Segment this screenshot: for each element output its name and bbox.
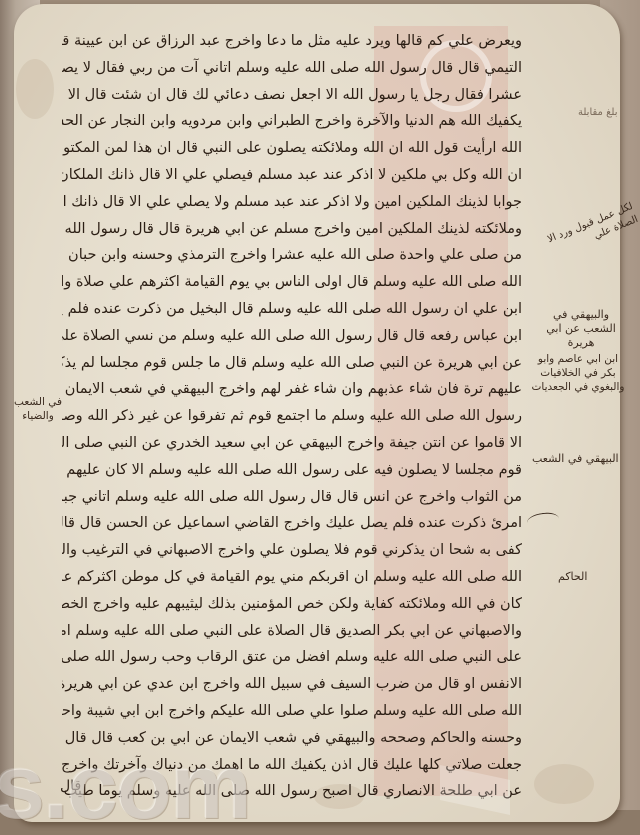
- text-line: من الثواب واخرج عن انس قال قال رسول الله…: [62, 484, 522, 511]
- margin-note-ibn-abi-asim: ابن ابي عاصم وابو بكر في الخلافيات والبغ…: [530, 352, 626, 394]
- text-line: على النبي صلى الله عليه وسلم افضل من عتق…: [62, 644, 522, 671]
- text-line: عن ابي هريرة عن النبي صلى الله عليه وسلم…: [62, 350, 522, 377]
- text-line: الا قاموا عن انتن جيفة واخرج البيهقي عن …: [62, 430, 522, 457]
- text-line: الله صلى الله عليه وسلم صلوا علي صلى الل…: [62, 698, 522, 725]
- text-line: الله ارأيت قول الله ان الله وملائكته يصل…: [62, 135, 522, 162]
- watermark-text: s.com: [0, 735, 250, 835]
- margin-note-bayhaqi: البيهقي في الشعب: [532, 452, 619, 466]
- margin-note-hakim: الحاكم: [558, 570, 587, 584]
- text-line: قوم مجلسا لا يصلون فيه على رسول الله صلى…: [62, 457, 522, 484]
- text-line: ان الله وكل بي ملكين لا اذكر عند عبد مسل…: [62, 162, 522, 189]
- text-line: امرئ ذكرت عنده فلم يصل عليك واخرج القاضي…: [62, 510, 522, 537]
- text-line: وملائكته لذينك الملكين امين واخرج مسلم ع…: [62, 216, 522, 243]
- text-line: ابن عباس رفعه قال قال رسول الله صلى الله…: [62, 323, 522, 350]
- text-line: كفى به شحا ان يذكرني قوم فلا يصلون علي و…: [62, 537, 522, 564]
- text-line: الانفس او قال من ضرب السيف في سبيل الله …: [62, 671, 522, 698]
- text-line: عشرا فقال رجل يا رسول الله الا اجعل نصف …: [62, 82, 522, 109]
- margin-note-top: بلغ مقابلة: [578, 106, 618, 120]
- text-line: كان في الله وملائكته كفاية ولكن خص المؤم…: [62, 591, 522, 618]
- margin-note-shuab: والبيهقي في الشعب عن ابي هريرة: [540, 308, 622, 350]
- text-line: يكفيك الله هم الدنيا والآخرة واخرج الطبر…: [62, 108, 522, 135]
- text-line: من صلى علي واحدة صلى الله عليه عشرا واخر…: [62, 242, 522, 269]
- text-line: الله صلى الله عليه وسلم قال اولى الناس ب…: [62, 269, 522, 296]
- text-line: جوابا لذينك الملكين امين ولا اذكر عند عب…: [62, 189, 522, 216]
- main-text-block: ويعرض علي كم قالها ويرد عليه مثل ما دعا …: [62, 28, 522, 805]
- text-line: ويعرض علي كم قالها ويرد عليه مثل ما دعا …: [62, 28, 522, 55]
- text-line: التيمي قال قال رسول الله صلى الله عليه و…: [62, 55, 522, 82]
- water-stain: [16, 59, 54, 119]
- text-line: الله صلى الله عليه وسلم ان اقربكم مني يو…: [62, 564, 522, 591]
- margin-note-left: في الشعب والضياء: [14, 395, 62, 423]
- text-line: عليهم ترة فان شاء عذبهم وان شاء غفر لهم …: [62, 376, 522, 403]
- text-line: والاصبهاني عن ابي بكر الصديق قال الصلاة …: [62, 618, 522, 645]
- text-line: رسول الله صلى الله عليه وسلم ما اجتمع قو…: [62, 403, 522, 430]
- text-line: ابن علي ان رسول الله صلى الله عليه وسلم …: [62, 296, 522, 323]
- water-stain: [534, 764, 594, 804]
